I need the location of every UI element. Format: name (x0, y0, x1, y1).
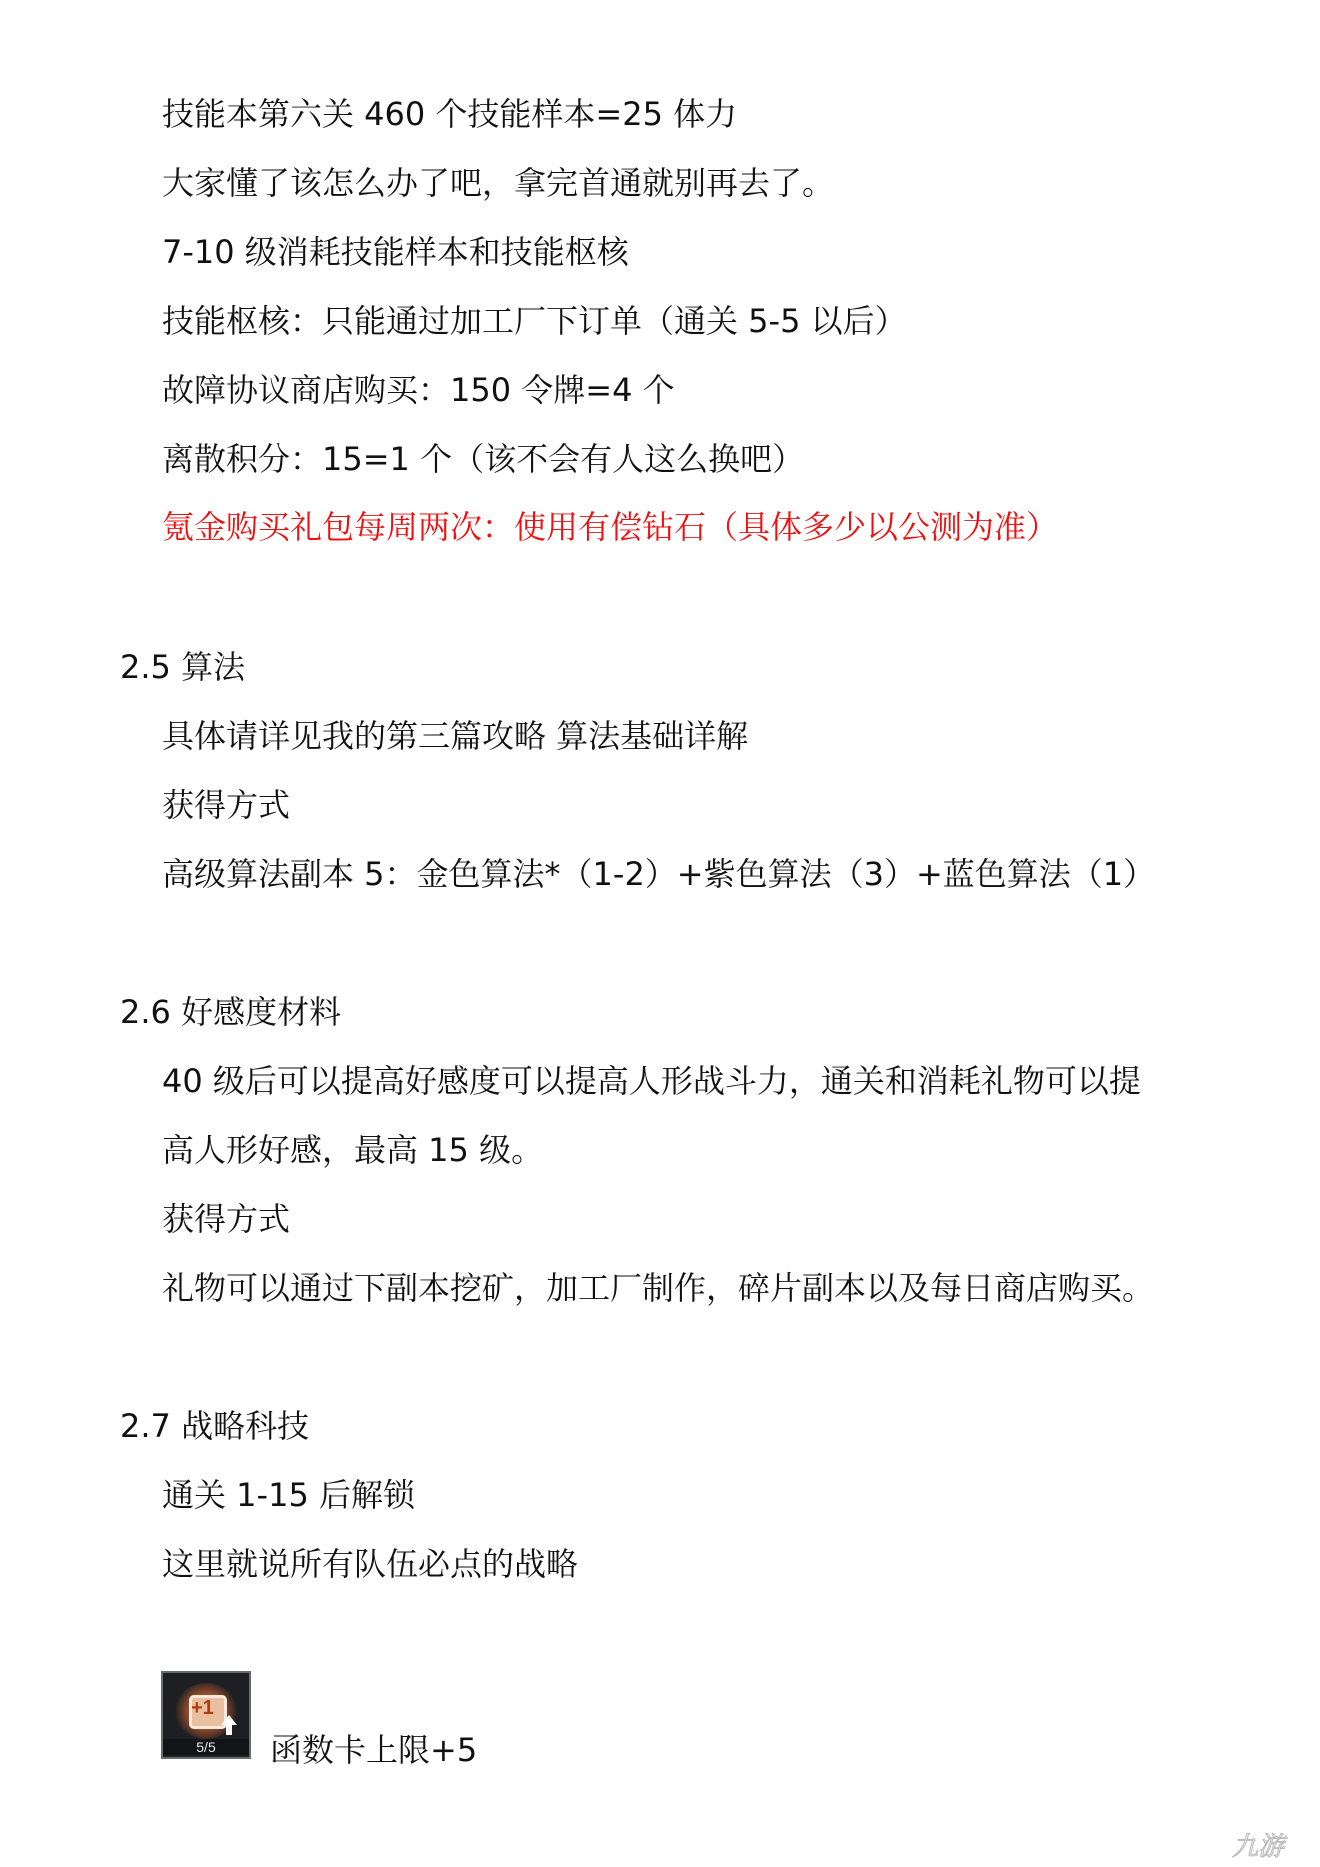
up-arrow-stem (226, 1725, 232, 1735)
text-line: 高人形好感，最高 15 级。 (162, 1130, 543, 1170)
text-line: 大家懂了该怎么办了吧，拿完首通就别再去了。 (162, 163, 834, 203)
highlighted-text-line: 氪金购买礼包每周两次：使用有偿钻石（具体多少以公测为准） (162, 507, 1058, 547)
text-line: 7-10 级消耗技能样本和技能枢核 (162, 232, 629, 272)
watermark-logo: 九游 (1232, 1826, 1284, 1863)
tech-item-label: 函数卡上限+5 (270, 1730, 477, 1770)
icon-count: 5/5 (163, 1739, 249, 1755)
text-line: 通关 1-15 后解锁 (162, 1475, 415, 1515)
plus-one-badge: +1 (191, 1697, 214, 1720)
text-line: 具体请详见我的第三篇攻略 算法基础详解 (162, 716, 748, 756)
function-card-limit-icon: +1 5/5 (161, 1671, 251, 1759)
up-arrow-icon (221, 1715, 237, 1725)
text-line: 离散积分：15=1 个（该不会有人这么换吧） (162, 439, 804, 479)
section-heading-2-5: 2.5 算法 (120, 647, 245, 687)
text-line: 技能本第六关 460 个技能样本=25 体力 (162, 94, 737, 134)
text-line: 获得方式 (162, 1199, 290, 1239)
section-heading-2-7: 2.7 战略科技 (120, 1406, 309, 1446)
text-line: 40 级后可以提高好感度可以提高人形战斗力，通关和消耗礼物可以提 (162, 1061, 1141, 1101)
text-line: 这里就说所有队伍必点的战略 (162, 1544, 578, 1584)
text-line: 技能枢核：只能通过加工厂下订单（通关 5-5 以后） (162, 301, 907, 341)
text-line: 故障协议商店购买：150 令牌=4 个 (162, 370, 675, 410)
text-line: 获得方式 (162, 785, 290, 825)
section-heading-2-6: 2.6 好感度材料 (120, 992, 341, 1032)
text-line: 礼物可以通过下副本挖矿，加工厂制作，碎片副本以及每日商店购买。 (162, 1268, 1154, 1308)
text-line: 高级算法副本 5：金色算法*（1-2）+紫色算法（3）+蓝色算法（1） (162, 854, 1155, 894)
